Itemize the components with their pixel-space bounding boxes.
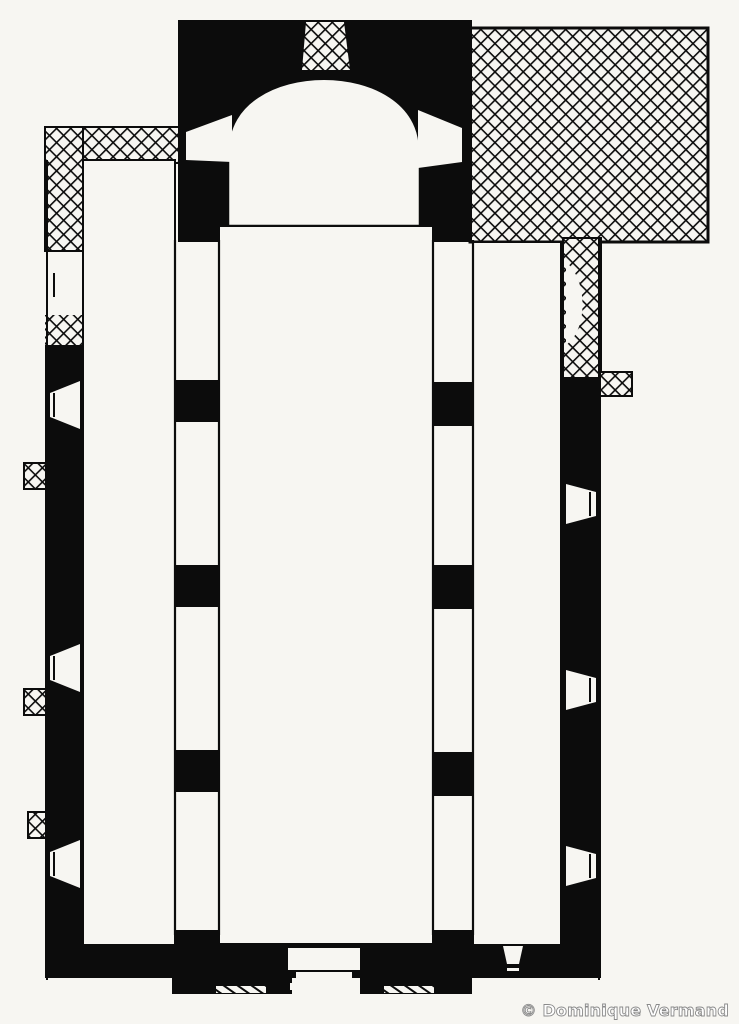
pier-left bbox=[175, 380, 219, 422]
north-wall-upper-hatched bbox=[45, 127, 83, 251]
floor-plan-drawing bbox=[0, 0, 739, 1024]
north-wall-hatched-segment bbox=[45, 315, 83, 345]
pier-right bbox=[433, 382, 473, 426]
pier-left bbox=[175, 750, 219, 792]
floor-plan bbox=[0, 0, 739, 1024]
north-aisle bbox=[83, 160, 175, 945]
bell-tower bbox=[470, 28, 708, 242]
west-portal-step-2 bbox=[290, 983, 360, 990]
buttress-left-1 bbox=[24, 463, 46, 489]
copyright-watermark: © Dominique Vermand bbox=[520, 1001, 729, 1020]
pier-right bbox=[433, 752, 473, 796]
west-portal-door bbox=[288, 948, 360, 970]
buttress-left-2 bbox=[24, 689, 46, 715]
apse bbox=[228, 79, 420, 226]
nave bbox=[219, 226, 433, 944]
west-side-opening-sill bbox=[507, 968, 519, 971]
buttress-right bbox=[600, 372, 632, 396]
threshold-right bbox=[384, 986, 434, 993]
pier-right bbox=[433, 565, 473, 609]
chevet-hatched-insert bbox=[302, 22, 350, 70]
south-aisle bbox=[473, 242, 561, 945]
threshold-left bbox=[216, 986, 266, 993]
west-portal-step-1 bbox=[296, 972, 352, 980]
pier-left bbox=[175, 565, 219, 607]
